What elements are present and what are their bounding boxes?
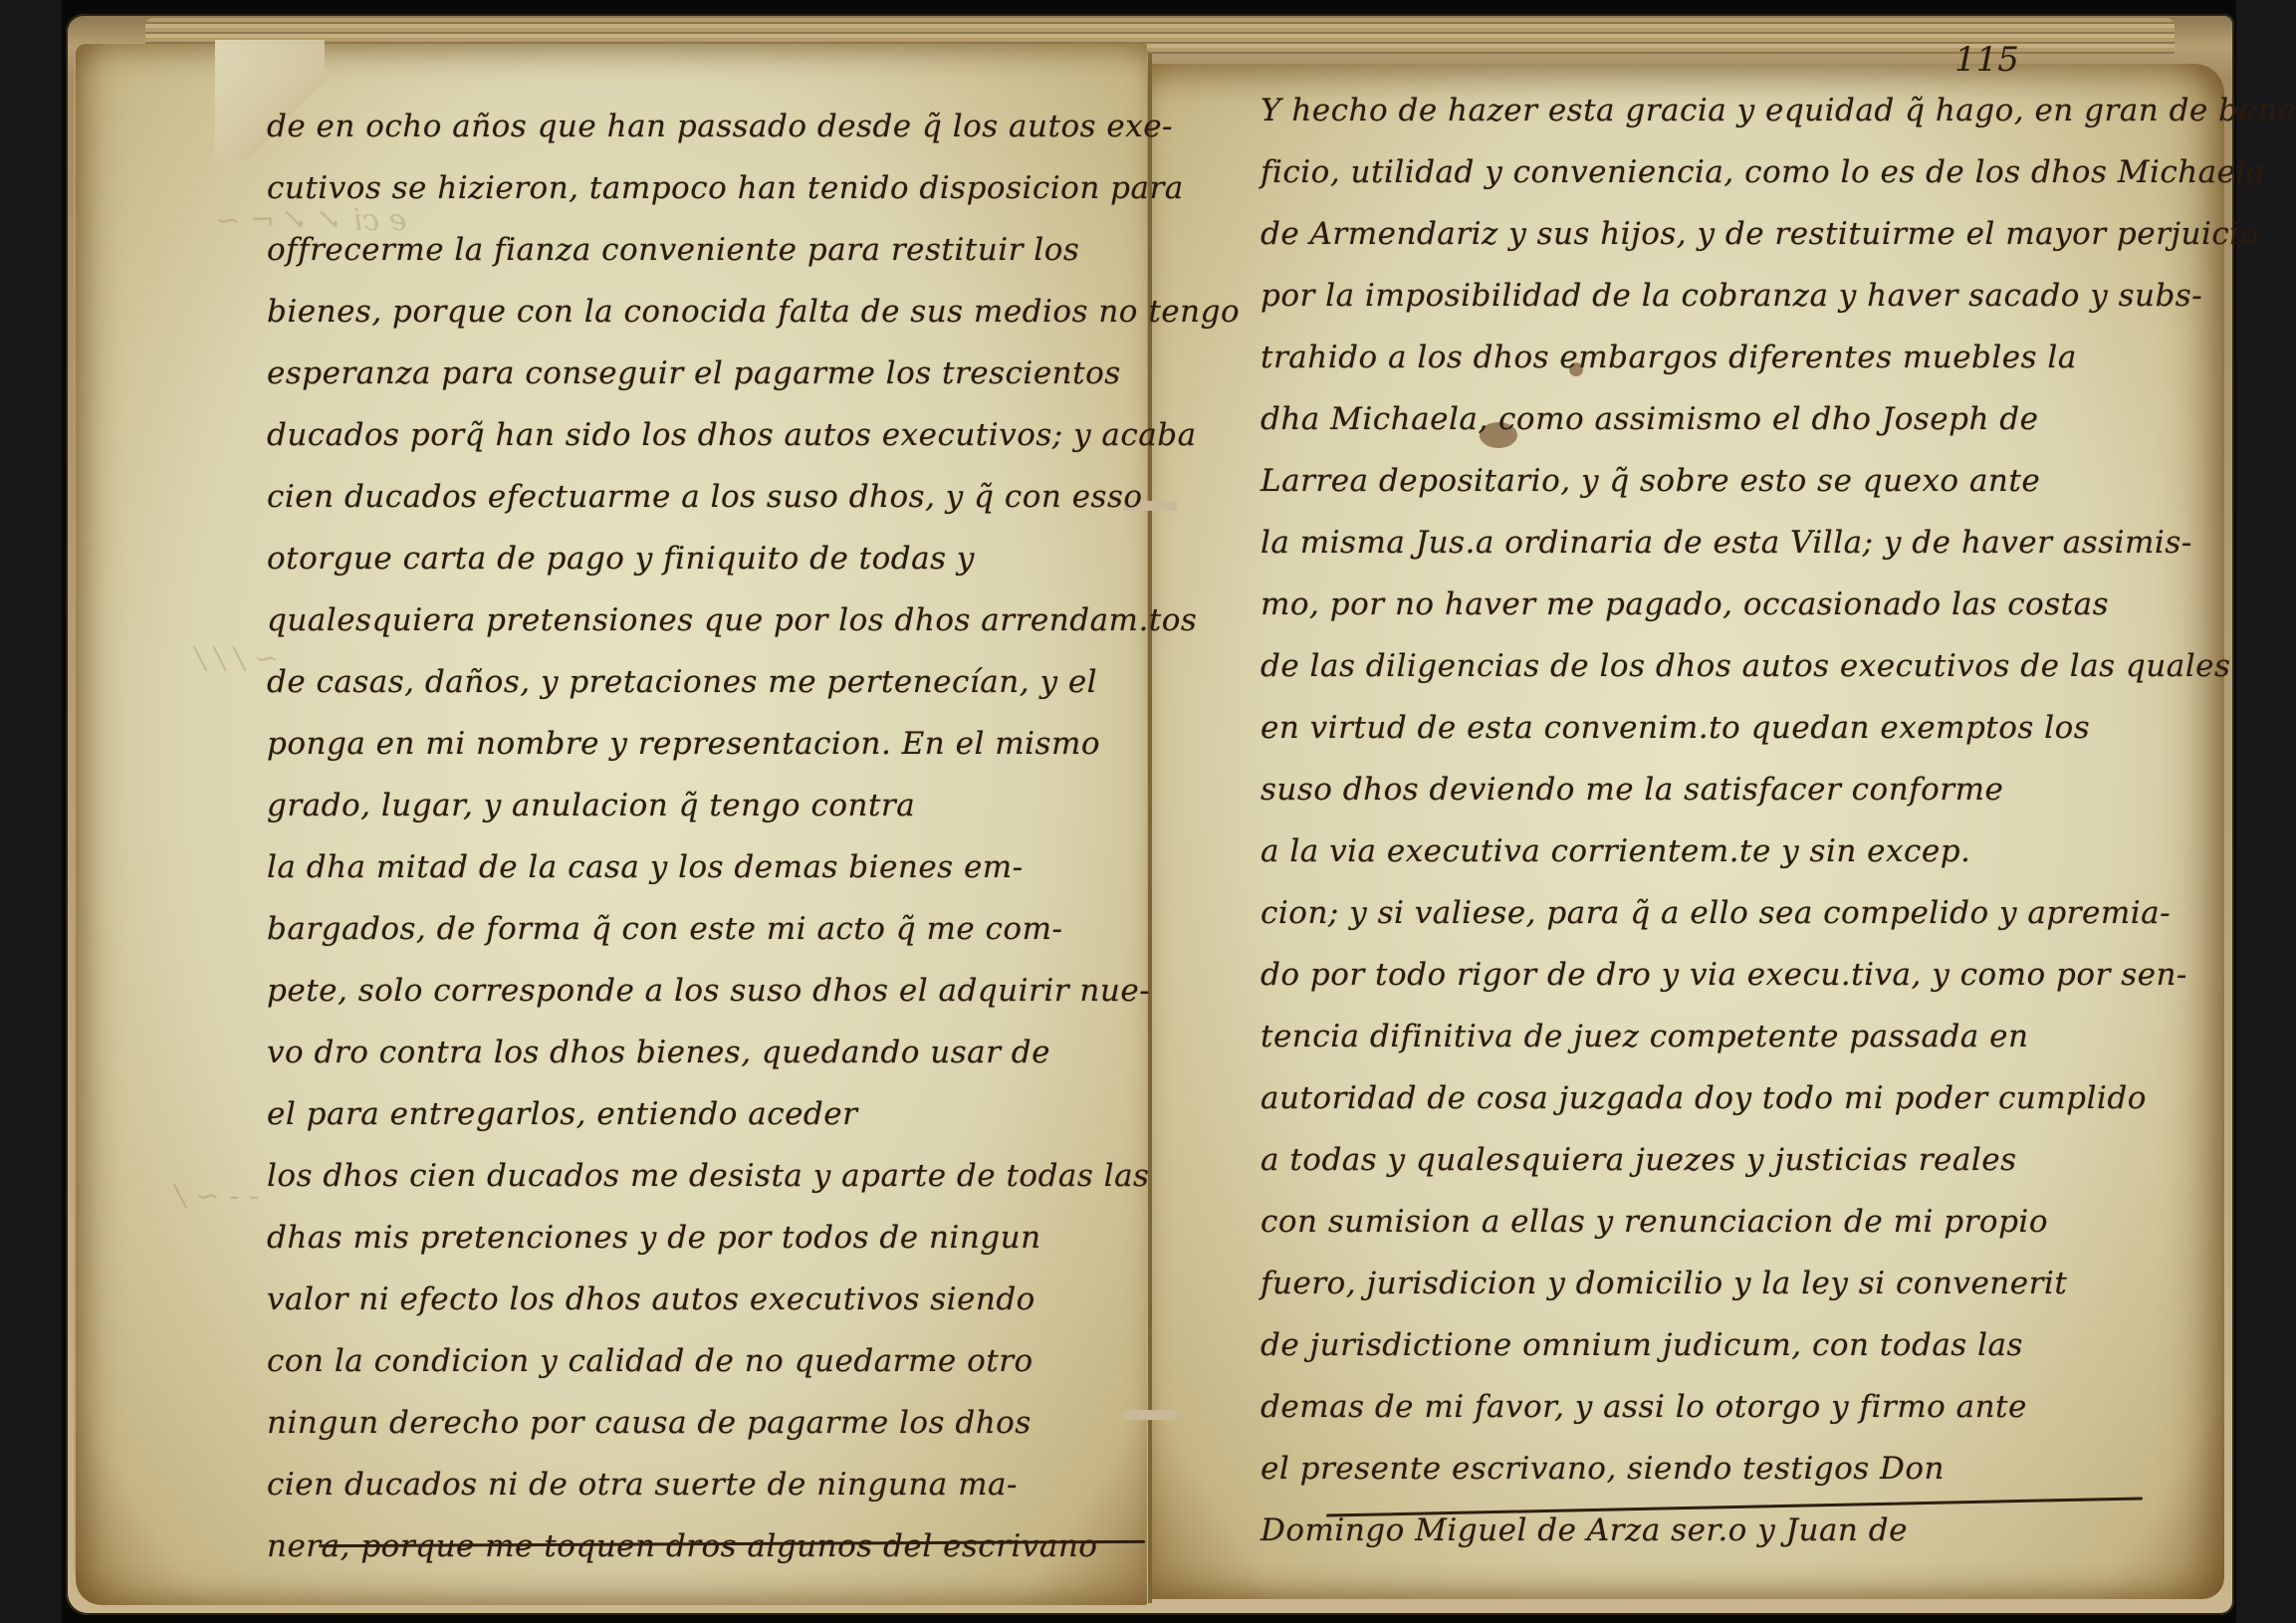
manuscript-line: dha Michaela, como assimismo el dho Jose…: [1261, 388, 2137, 450]
manuscript-line: de casas, daños, y pretaciones me perten…: [267, 651, 1123, 713]
scan-backdrop-left: [0, 0, 62, 1623]
manuscript-line: trahido a los dhos embargos diferentes m…: [1261, 327, 2137, 388]
manuscript-line: valor ni efecto los dhos autos executivo…: [267, 1269, 1123, 1330]
manuscript-line: de Armendariz y sus hijos, y de restitui…: [1261, 203, 2137, 265]
manuscript-line: Larrea depositario, y q̃ sobre esto se q…: [1261, 450, 2137, 512]
manuscript-line: cien ducados ni de otra suerte de ningun…: [267, 1454, 1123, 1515]
binding-thread: [1123, 1410, 1177, 1420]
manuscript-line: autoridad de cosa juzgada doy todo mi po…: [1261, 1067, 2137, 1129]
manuscript-line: dhas mis pretenciones y de por todos de …: [267, 1207, 1123, 1269]
manuscript-line: offrecerme la fianza conveniente para re…: [267, 219, 1123, 281]
manuscript-line: los dhos cien ducados me desista y apart…: [267, 1145, 1123, 1207]
manuscript-line: el para entregarlos, entiendo aceder: [267, 1083, 1123, 1145]
manuscript-line: con la condicion y calidad de no quedarm…: [267, 1330, 1123, 1392]
manuscript-line: esperanza para conseguir el pagarme los …: [267, 343, 1123, 404]
manuscript-line: mo, por no haver me pagado, occasionado …: [1261, 574, 2137, 635]
book-gutter: [1148, 54, 1152, 1603]
manuscript-line: vo dro contra los dhos bienes, quedando …: [267, 1022, 1123, 1083]
manuscript-line: ningun derecho por causa de pagarme los …: [267, 1392, 1123, 1454]
manuscript-line: otorgue carta de pago y finiquito de tod…: [267, 528, 1123, 589]
manuscript-line: la dha mitad de la casa y los demas bien…: [267, 836, 1123, 898]
manuscript-line: demas de mi favor, y assi lo otorgo y fi…: [1261, 1376, 2137, 1438]
manuscript-line: qualesquiera pretensiones que por los dh…: [267, 589, 1123, 651]
folio-number: 115: [1954, 40, 2019, 80]
manuscript-line: a todas y qualesquiera juezes y justicia…: [1261, 1129, 2137, 1191]
manuscript-line: cutivos se hizieron, tampoco han tenido …: [267, 157, 1123, 219]
manuscript-line: por la imposibilidad de la cobranza y ha…: [1261, 265, 2137, 327]
manuscript-line: grado, lugar, y anulacion q̃ tengo contr…: [267, 775, 1123, 836]
manuscript-line: Y hecho de hazer esta gracia y equidad q…: [1261, 80, 2137, 141]
left-page-text: de en ocho años que han passado desde q̃…: [267, 96, 1123, 1577]
manuscript-line: pete, solo corresponde a los suso dhos e…: [267, 960, 1123, 1022]
manuscript-line: a la via executiva corrientem.te y sin e…: [1261, 820, 2137, 882]
manuscript-line: tencia difinitiva de juez competente pas…: [1261, 1006, 2137, 1067]
manuscript-line: ficio, utilidad y conveniencia, como lo …: [1261, 141, 2137, 203]
manuscript-line: en virtud de esta convenim.to quedan exe…: [1261, 697, 2137, 759]
manuscript-line: bienes, porque con la conocida falta de …: [267, 281, 1123, 343]
manuscript-line: cien ducados efectuarme a los suso dhos,…: [267, 466, 1123, 528]
manuscript-line: ducados porq̃ han sido los dhos autos ex…: [267, 404, 1123, 466]
manuscript-line: ponga en mi nombre y representacion. En …: [267, 713, 1123, 775]
manuscript-line: con sumision a ellas y renunciacion de m…: [1261, 1191, 2137, 1253]
manuscript-line: do por todo rigor de dro y via execu.tiv…: [1261, 944, 2137, 1006]
manuscript-line: cion; y si valiese, para q̃ a ello sea c…: [1261, 882, 2137, 944]
manuscript-line: el presente escrivano, siendo testigos D…: [1261, 1438, 2137, 1500]
manuscript-line: de jurisdictione omnium judicum, con tod…: [1261, 1314, 2137, 1376]
manuscript-line: suso dhos deviendo me la satisfacer conf…: [1261, 759, 2137, 820]
ink-bleed-through: - - ~ ∕: [175, 1179, 259, 1214]
manuscript-line: fuero, jurisdicion y domicilio y la ley …: [1261, 1253, 2137, 1314]
manuscript-line: de las diligencias de los dhos autos exe…: [1261, 635, 2137, 697]
manuscript-line: bargados, de forma q̃ con este mi acto q…: [267, 898, 1123, 960]
right-page-text: Y hecho de hazer esta gracia y equidad q…: [1261, 80, 2137, 1561]
manuscript-line: de en ocho años que han passado desde q̃…: [267, 96, 1123, 157]
manuscript-line: la misma Jus.a ordinaria de esta Villa; …: [1261, 512, 2137, 574]
